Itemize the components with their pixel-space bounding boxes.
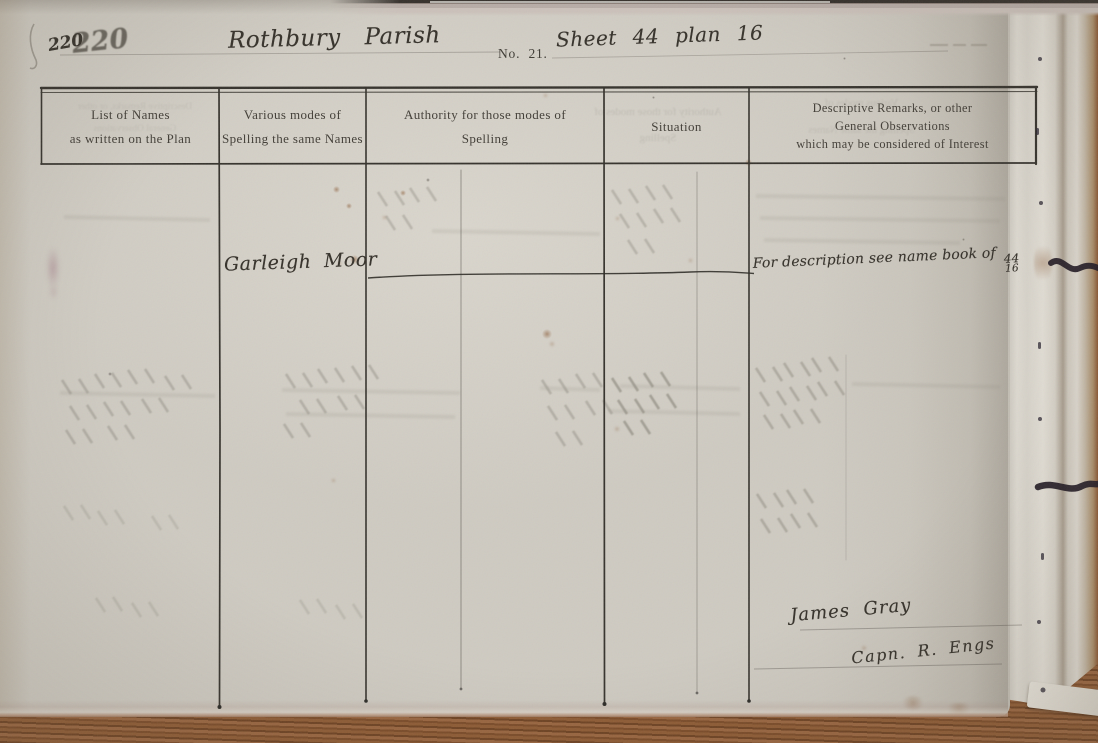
header-line: General Observations: [835, 120, 950, 132]
header-line: Authority for those modes of: [404, 108, 566, 121]
line-end-blots: [218, 688, 751, 709]
remarks-sheet-plan-fraction: 44 16: [1004, 253, 1021, 274]
header-line: Various modes of: [244, 108, 341, 121]
header-line: which may be considered of Interest: [796, 138, 989, 150]
header-line: as written on the Plan: [70, 132, 191, 145]
page-number-label: No. 21.: [498, 46, 548, 62]
ghost-marks: [62, 185, 844, 619]
remarks-plan-number: 16: [1005, 264, 1019, 274]
header-line: Spelling the same Names: [222, 132, 363, 145]
column-header-authority: Authority for those modes of Spelling: [366, 88, 604, 164]
column-header-names: List of Names as written on the Plan: [42, 88, 219, 164]
column-header-spelling-modes: Various modes of Spelling the same Names: [219, 88, 366, 164]
column-header-remarks: Descriptive Remarks, or other General Ob…: [749, 88, 1036, 164]
ghost-streaks: [60, 196, 1005, 417]
scanned-name-book-page: Authority for those modes of Spelling Va…: [0, 0, 1098, 743]
stitch-holes: [1036, 57, 1046, 693]
header-line: List of Names: [91, 108, 170, 121]
header-line: Situation: [651, 120, 702, 133]
header-line: Descriptive Remarks, or other: [813, 102, 973, 114]
pencil-flourish: [30, 24, 37, 69]
parish-title: Rothbury Parish: [228, 22, 441, 54]
top-page-edge-highlight: [430, 1, 830, 3]
header-line: Spelling: [462, 132, 509, 145]
binding-thread: [1036, 57, 1098, 693]
column-header-situation: Situation: [604, 88, 749, 164]
